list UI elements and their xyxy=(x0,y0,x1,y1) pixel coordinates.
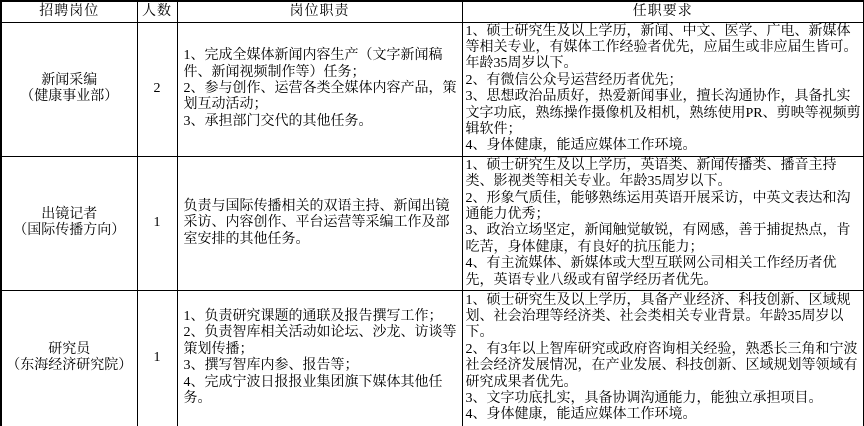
requirement-line: 3、文字功底扎实，具备协调沟通能力，能独立承担项目。 xyxy=(466,391,862,407)
col-header-duties: 岗位职责 xyxy=(177,1,462,22)
duty-line: 4、完成宁波日报报业集团旗下媒体其他任务。 xyxy=(184,375,459,408)
requirement-line: 2、有3年以上智库研究或政府咨询相关经验，熟悉长三角和宁波社会经济发展情况，在产… xyxy=(466,342,862,391)
page: 招聘岗位 人数 岗位职责 任职要求 新闻采编 （健康事业部） 2 1、完成全媒体… xyxy=(0,0,864,426)
duty-line: 2、负责智库相关活动如论坛、沙龙、访谈等策划传播； xyxy=(184,325,459,358)
requirement-line: 1、硕士研究生及以上学历，英语类、新闻传播类、播音主持类、影视类等相关专业。年龄… xyxy=(466,158,862,191)
table-row: 研究员 （东海经济研究院） 1 1、负责研究课题的通联及报告撰写工作；2、负责智… xyxy=(1,291,864,426)
duty-line: 负责与国际传播相关的双语主持、新闻出镜采访、内容创作、平台运营等采编工作及部室安… xyxy=(184,199,459,248)
col-header-position: 招聘岗位 xyxy=(1,1,137,22)
requirement-line: 2、有微信公众号运营经历者优先； xyxy=(466,73,862,89)
position-cell: 新闻采编 （健康事业部） xyxy=(1,22,137,156)
requirement-line: 2、形象气质佳，能够熟练运用英语开展采访，中英文表达和沟通能力优秀； xyxy=(466,191,862,224)
position-department: （国际传播方向） xyxy=(3,223,136,239)
requirement-line: 1、硕士研究生及以上学历，新闻、中文、医学、广电、新媒体等相关专业，有媒体工作经… xyxy=(466,24,862,73)
duty-line: 1、完成全媒体新闻内容生产（文字新闻稿件、新闻视频制作等）任务； xyxy=(184,48,459,81)
requirement-line: 3、政治立场坚定，新闻触觉敏锐，有网感，善于捕捉热点，肯吃苦，身体健康，有良好的… xyxy=(466,223,862,256)
position-name: 出镜记者 xyxy=(3,207,136,223)
requirements-cell: 1、硕士研究生及以上学历，英语类、新闻传播类、播音主持类、影视类等相关专业。年龄… xyxy=(462,156,864,290)
header-row: 招聘岗位 人数 岗位职责 任职要求 xyxy=(1,1,864,22)
duty-line: 3、承担部门交代的其他任务。 xyxy=(184,114,459,130)
duty-line: 1、负责研究课题的通联及报告撰写工作； xyxy=(184,309,459,325)
position-name: 研究员 xyxy=(3,342,136,358)
position-name: 新闻采编 xyxy=(3,73,136,89)
position-department: （东海经济研究院） xyxy=(3,358,136,374)
requirements-cell: 1、硕士研究生及以上学历，具备产业经济、科技创新、区域规划、社会治理等经济类、社… xyxy=(462,291,864,426)
requirement-line: 3、思想政治品质好，热爱新闻事业，擅长沟通协作，具备扎实文字功底，熟练操作摄像机… xyxy=(466,89,862,138)
duty-line: 3、撰写智库内参、报告等； xyxy=(184,358,459,374)
requirements-cell: 1、硕士研究生及以上学历，新闻、中文、医学、广电、新媒体等相关专业，有媒体工作经… xyxy=(462,22,864,156)
duty-line: 2、参与创作、运营各类全媒体内容产品，策划互动活动； xyxy=(184,81,459,114)
headcount-cell: 1 xyxy=(137,291,177,426)
headcount-cell: 1 xyxy=(137,156,177,290)
duties-cell: 负责与国际传播相关的双语主持、新闻出镜采访、内容创作、平台运营等采编工作及部室安… xyxy=(177,156,462,290)
table-row: 新闻采编 （健康事业部） 2 1、完成全媒体新闻内容生产（文字新闻稿件、新闻视频… xyxy=(1,22,864,156)
position-cell: 出镜记者 （国际传播方向） xyxy=(1,156,137,290)
position-cell: 研究员 （东海经济研究院） xyxy=(1,291,137,426)
duties-cell: 1、负责研究课题的通联及报告撰写工作；2、负责智库相关活动如论坛、沙龙、访谈等策… xyxy=(177,291,462,426)
requirement-line: 4、有主流媒体、新媒体或大型互联网公司相关工作经历者优先，英语专业八级或有留学经… xyxy=(466,256,862,289)
requirement-line: 1、硕士研究生及以上学历，具备产业经济、科技创新、区域规划、社会治理等经济类、社… xyxy=(466,293,862,342)
col-header-requirements: 任职要求 xyxy=(462,1,864,22)
recruitment-table: 招聘岗位 人数 岗位职责 任职要求 新闻采编 （健康事业部） 2 1、完成全媒体… xyxy=(0,0,864,426)
table-row: 出镜记者 （国际传播方向） 1 负责与国际传播相关的双语主持、新闻出镜采访、内容… xyxy=(1,156,864,290)
requirement-line: 4、身体健康，能适应媒体工作环境。 xyxy=(466,138,862,154)
requirement-line: 4、身体健康，能适应媒体工作环境。 xyxy=(466,407,862,423)
position-department: （健康事业部） xyxy=(3,89,136,105)
col-header-headcount: 人数 xyxy=(137,1,177,22)
duties-cell: 1、完成全媒体新闻内容生产（文字新闻稿件、新闻视频制作等）任务；2、参与创作、运… xyxy=(177,22,462,156)
headcount-cell: 2 xyxy=(137,22,177,156)
